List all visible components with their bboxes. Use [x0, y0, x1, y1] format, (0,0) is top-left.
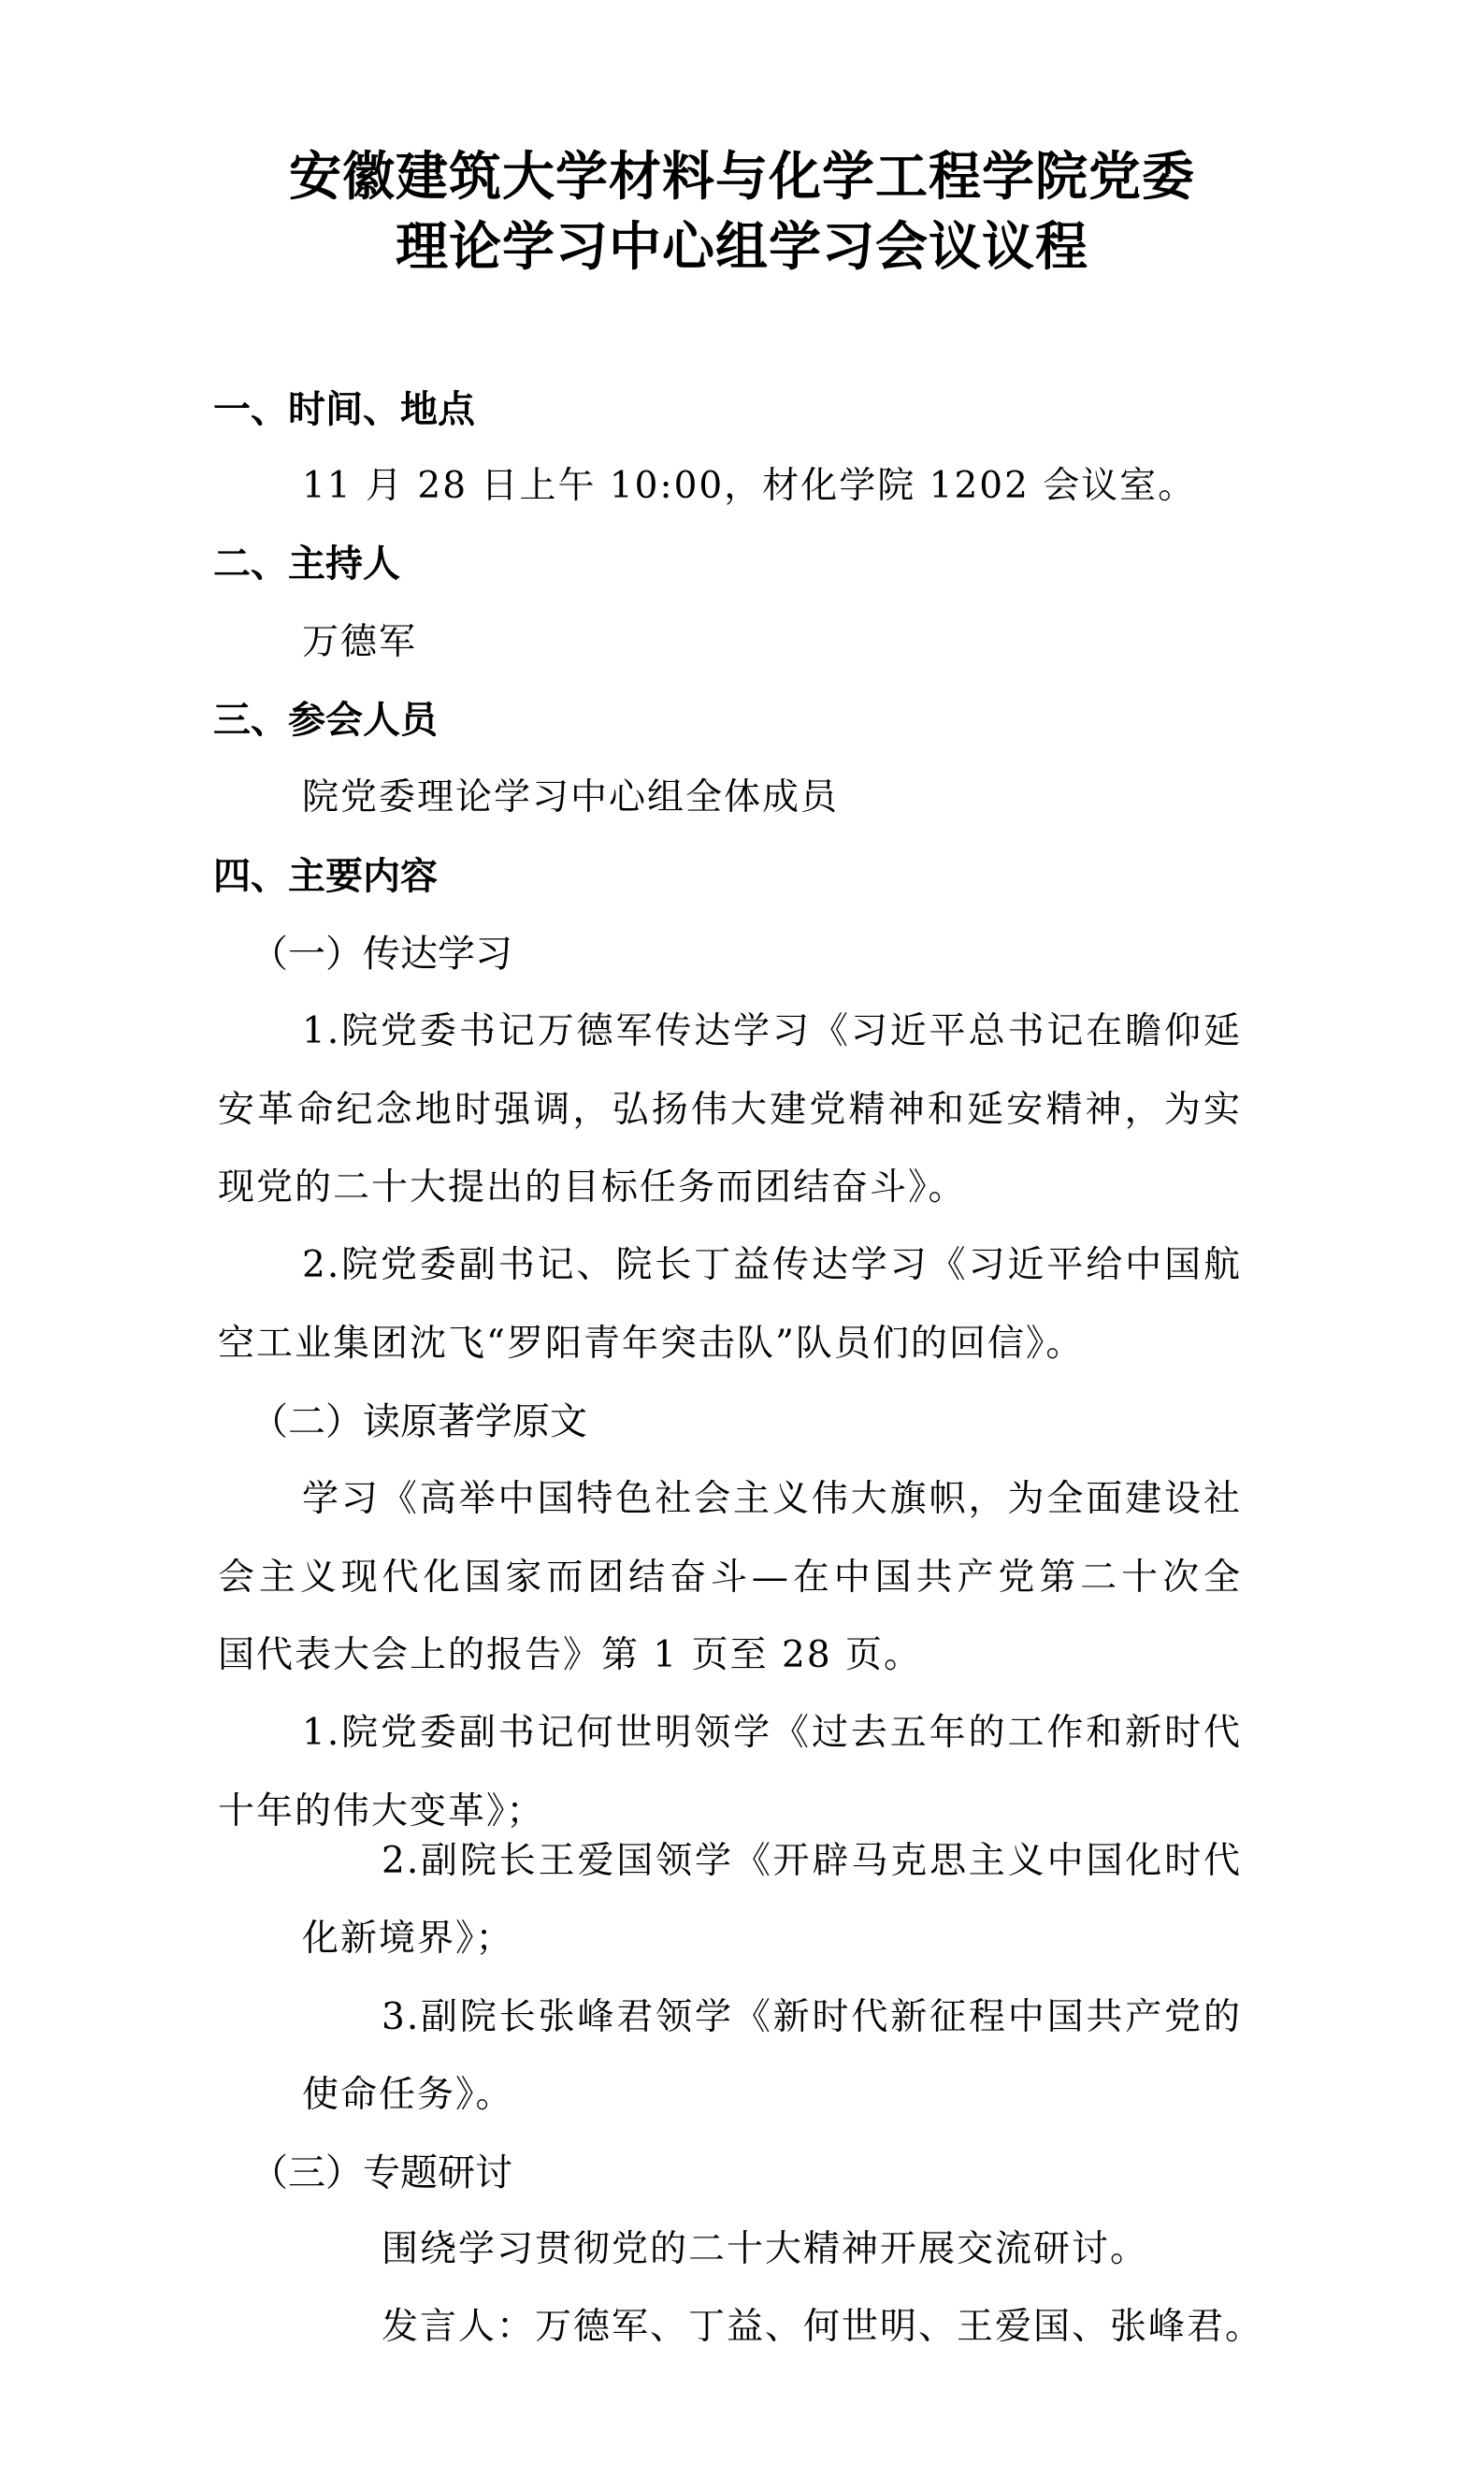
- section-heading-host: 二、主持人: [213, 536, 400, 592]
- reading-item-3-line-1: 3.副院长张峰君领学《新时代新征程中国共产党的: [382, 1990, 1242, 2046]
- relay-item-1-line-2: 安革命纪念地时强调，弘扬伟大建党精神和延安精神，为实: [218, 1082, 1242, 1138]
- reading-item-2-line-2: 化新境界》；: [302, 1911, 514, 1967]
- section-heading-time-place: 一、时间、地点: [213, 382, 475, 438]
- section-heading-attendees: 三、参会人员: [213, 692, 438, 748]
- reading-item-2-line-1: 2.副院长王爱国领学《开辟马克思主义中国化时代: [382, 1833, 1242, 1890]
- reading-item-1-line-2: 十年的伟大变革》；: [218, 1784, 545, 1840]
- time-place-text: 11 月 28 日上午 10:00，材化学院 1202 会议室。: [302, 458, 1196, 514]
- section-heading-main-content: 四、主要内容: [213, 848, 438, 905]
- reading-item-1-line-1: 1.院党委副书记何世明领学《过去五年的工作和新时代: [302, 1705, 1242, 1761]
- document-page: 安徽建筑大学材料与化学工程学院党委 理论学习中心组学习会议议程 一、时间、地点 …: [0, 0, 1484, 2491]
- relay-item-2-line-1: 2.院党委副书记、院长丁益传达学习《习近平给中国航: [302, 1238, 1242, 1294]
- attendees-text: 院党委理论学习中心组全体成员: [302, 770, 839, 826]
- discussion-speakers: 发言人：万德军、丁益、何世明、王爱国、张峰君。: [382, 2299, 1263, 2355]
- reading-intro-line-1: 学习《高举中国特色社会主义伟大旗帜，为全面建设社: [302, 1471, 1242, 1528]
- subsection-heading-special-discussion: （三）专题研讨: [251, 2145, 512, 2201]
- reading-intro-line-2: 会主义现代化国家而团结奋斗—在中国共产党第二十次全: [218, 1550, 1242, 1606]
- subsection-heading-read-originals: （二）读原著学原文: [251, 1394, 587, 1450]
- discussion-topic: 围绕学习贯彻党的二十大精神开展交流研讨。: [382, 2222, 1148, 2278]
- relay-item-1-line-1: 1.院党委书记万德军传达学习《习近平总书记在瞻仰延: [302, 1004, 1242, 1060]
- document-title-line-2: 理论学习中心组学习会议议程: [0, 215, 1484, 281]
- reading-item-3-line-2: 使命任务》。: [302, 2067, 514, 2123]
- host-name: 万德军: [302, 615, 417, 671]
- relay-item-1-line-3: 现党的二十大提出的目标任务而团结奋斗》。: [218, 1160, 967, 1216]
- subsection-heading-relay-study: （一）传达学习: [251, 926, 512, 982]
- reading-intro-line-3: 国代表大会上的报告》第 1 页至 28 页。: [218, 1628, 922, 1684]
- relay-item-2-line-2: 空工业集团沈飞“罗阳青年突击队”队员们的回信》。: [218, 1316, 1084, 1372]
- document-title-line-1: 安徽建筑大学材料与化学工程学院党委: [0, 145, 1484, 210]
